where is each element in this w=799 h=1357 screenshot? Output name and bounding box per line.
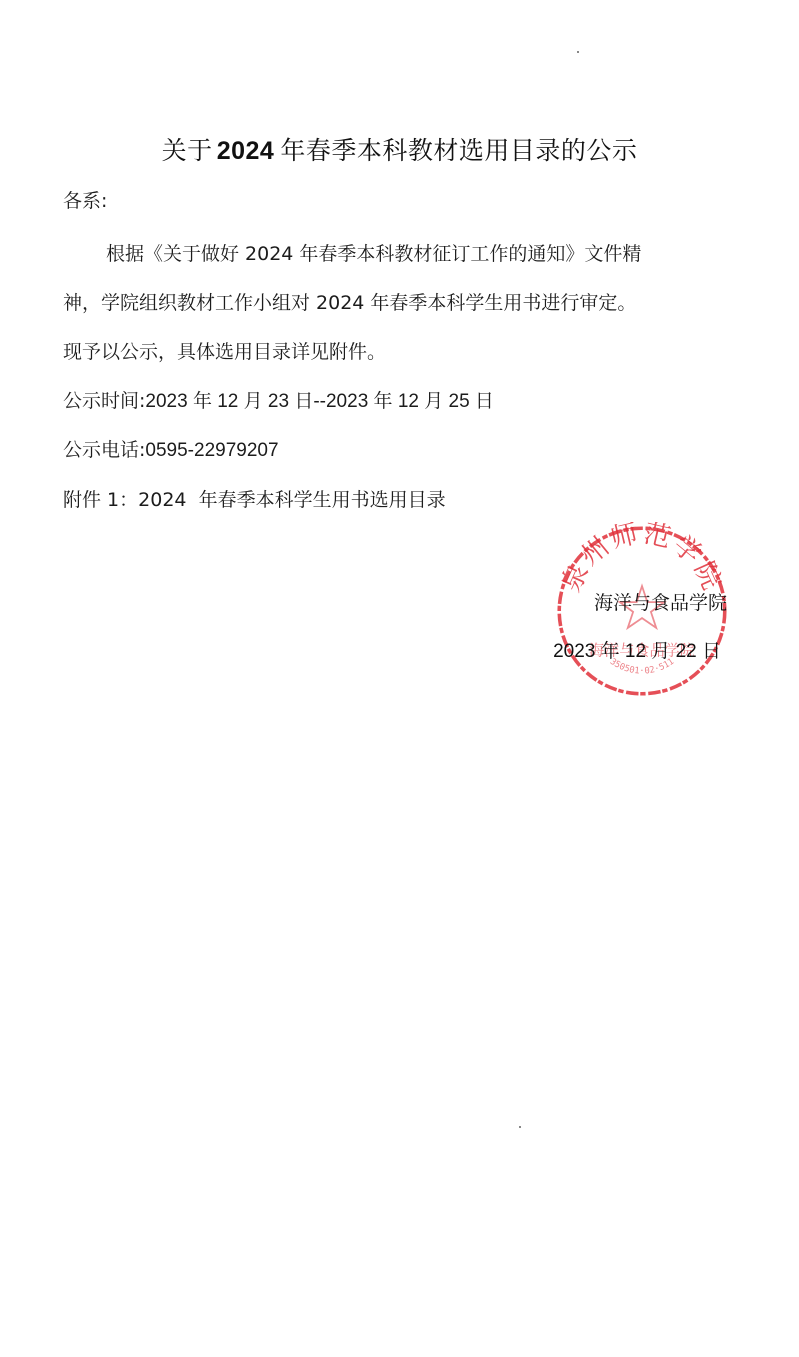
signature-date: 2023 年 12 月 22 日 — [553, 636, 721, 663]
title-year: 2024 — [217, 137, 275, 165]
phone-label: 公示电话: — [63, 439, 145, 461]
attachment-value: 2024 年春季本科学生用书选用目录 — [138, 489, 445, 511]
body-paragraph-line-3: 现予以公示，具体选用目录详见附件。 — [63, 337, 386, 364]
attachment-label: 附件 1： — [63, 489, 138, 511]
phone-value: 0595-22979207 — [145, 440, 278, 461]
publicity-phone: 公示电话:0595-22979207 — [63, 435, 279, 462]
scan-speck — [519, 1126, 521, 1128]
body-paragraph-line-2: 神，学院组织教材工作小组对 2024 年春季本科学生用书进行审定。 — [63, 288, 636, 315]
title-prefix: 关于 — [162, 136, 213, 165]
document-title: 关于2024年春季本科教材选用目录的公示 — [0, 131, 799, 167]
publicity-period: 公示时间:2023 年 12 月 23 日--2023 年 12 月 25 日 — [63, 386, 494, 413]
publicity-period-value: 2023 年 12 月 23 日--2023 年 12 月 25 日 — [145, 391, 494, 412]
scan-speck — [577, 51, 579, 53]
title-suffix: 年春季本科教材选用目录的公示 — [280, 136, 637, 165]
salutation: 各系: — [63, 186, 107, 213]
publicity-period-label: 公示时间: — [63, 390, 145, 412]
body-paragraph-line-1: 根据《关于做好 2024 年春季本科教材征订工作的通知》文件精 — [106, 239, 641, 266]
document-page: 关于2024年春季本科教材选用目录的公示 各系: 根据《关于做好 2024 年春… — [0, 0, 799, 1357]
signature-organization: 海洋与食品学院 — [594, 588, 727, 615]
attachment-line: 附件 1：2024 年春季本科学生用书选用目录 — [63, 485, 446, 512]
